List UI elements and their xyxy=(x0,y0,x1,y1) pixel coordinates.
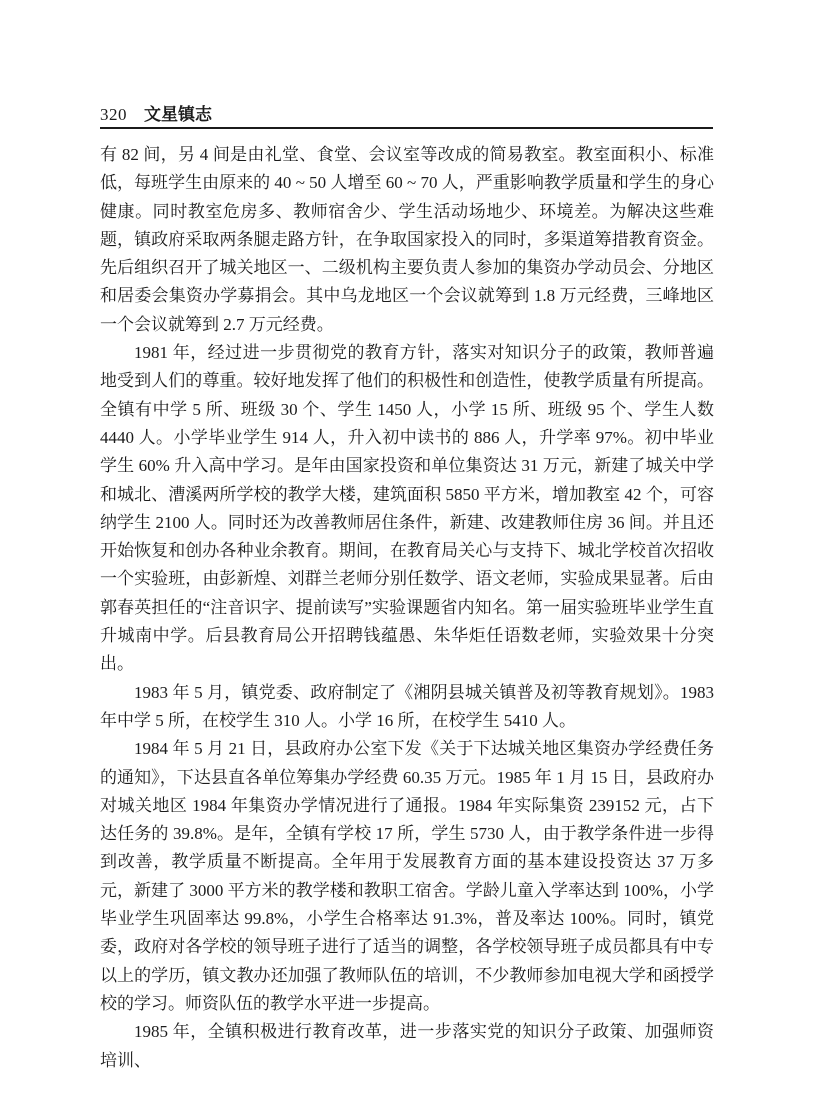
header-rule xyxy=(100,127,713,129)
paragraph-1983: 1983 年 5 月，镇党委、政府制定了《湘阴县城关镇普及初等教育规划》。198… xyxy=(100,679,714,736)
page-number: 320 xyxy=(100,104,127,126)
paragraph-1981: 1981 年，经过进一步贯彻党的教育方针，落实对知识分子的政策，教师普遍地受到人… xyxy=(100,339,714,679)
running-header: 320 文星镇志 xyxy=(100,104,713,126)
paragraph-continuation: 有 82 间，另 4 间是由礼堂、食堂、会议室等改成的简易教室。教室面积小、标准… xyxy=(100,141,714,339)
paragraph-1984: 1984 年 5 月 21 日，县政府办公室下发《关于下达城关地区集资办学经费任… xyxy=(100,735,714,1018)
book-title: 文星镇志 xyxy=(144,104,212,126)
document-page: 320 文星镇志 有 82 间，另 4 间是由礼堂、食堂、会议室等改成的简易教室… xyxy=(0,0,816,1099)
paragraph-1985: 1985 年，全镇积极进行教育改革，进一步落实党的知识分子政策、加强师资培训、 xyxy=(100,1018,714,1075)
body-text: 有 82 间，另 4 间是由礼堂、食堂、会议室等改成的简易教室。教室面积小、标准… xyxy=(100,141,714,1075)
